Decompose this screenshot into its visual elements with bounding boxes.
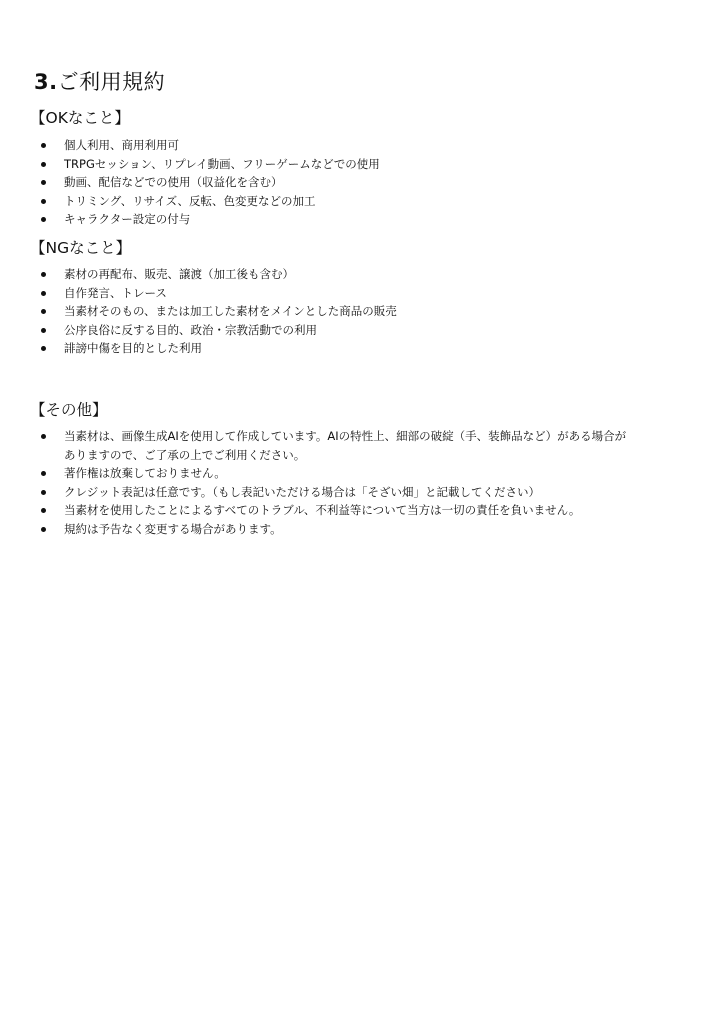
other-list: 当素材は、画像生成AIを使用して作成しています。AIの特性上、細部の破綻（手、装… <box>38 427 626 538</box>
bullet-icon <box>41 309 46 314</box>
bullet-icon <box>41 199 46 204</box>
list-item: 当素材そのもの、または加工した素材をメインとした商品の販売 <box>38 302 397 321</box>
bullet-icon <box>41 291 46 296</box>
list-item: 規約は予告なく変更する場合があります。 <box>38 520 626 539</box>
document-page: 3.ご利用規約 【OKなこと】 個人利用、商用利用可 TRPGセッション、リプレ… <box>0 0 725 1024</box>
bullet-icon <box>41 143 46 148</box>
bullet-icon <box>41 180 46 185</box>
list-item: 著作権は放棄しておりません。 <box>38 464 626 483</box>
list-item: 動画、配信などでの使用（収益化を含む） <box>38 173 380 192</box>
ng-list: 素材の再配布、販売、譲渡（加工後も含む） 自作発言、トレース 当素材そのもの、ま… <box>38 265 397 358</box>
bullet-icon <box>41 434 46 439</box>
bullet-icon <box>41 490 46 495</box>
bullet-icon <box>41 527 46 532</box>
bullet-icon <box>41 162 46 167</box>
section-number: 3. <box>34 70 58 94</box>
bullet-icon <box>41 346 46 351</box>
heading-ng: 【NGなこと】 <box>30 236 131 258</box>
bullet-icon <box>41 508 46 513</box>
list-item: TRPGセッション、リプレイ動画、フリーゲームなどでの使用 <box>38 155 380 174</box>
list-item: 誹謗中傷を目的とした利用 <box>38 339 397 358</box>
list-item: トリミング、リサイズ、反転、色変更などの加工 <box>38 192 380 211</box>
list-item: 自作発言、トレース <box>38 284 397 303</box>
title-text: ご利用規約 <box>58 70 166 94</box>
list-item: クレジット表記は任意です。（もし表記いただける場合は「そざい畑」と記載してくださ… <box>38 483 626 502</box>
list-item: 公序良俗に反する目的、政治・宗教活動での利用 <box>38 321 397 340</box>
list-item: 素材の再配布、販売、譲渡（加工後も含む） <box>38 265 397 284</box>
list-item: 当素材を使用したことによるすべてのトラブル、不利益等について当方は一切の責任を負… <box>38 501 626 520</box>
heading-ok: 【OKなこと】 <box>30 106 130 128</box>
bullet-icon <box>41 272 46 277</box>
heading-other: 【その他】 <box>30 398 108 420</box>
list-item: 当素材は、画像生成AIを使用して作成しています。AIの特性上、細部の破綻（手、装… <box>38 427 626 464</box>
list-item: キャラクター設定の付与 <box>38 210 380 229</box>
bullet-icon <box>41 328 46 333</box>
bullet-icon <box>41 471 46 476</box>
ok-list: 個人利用、商用利用可 TRPGセッション、リプレイ動画、フリーゲームなどでの使用… <box>38 136 380 229</box>
list-item: 個人利用、商用利用可 <box>38 136 380 155</box>
page-title: 3.ご利用規約 <box>34 66 165 96</box>
bullet-icon <box>41 217 46 222</box>
